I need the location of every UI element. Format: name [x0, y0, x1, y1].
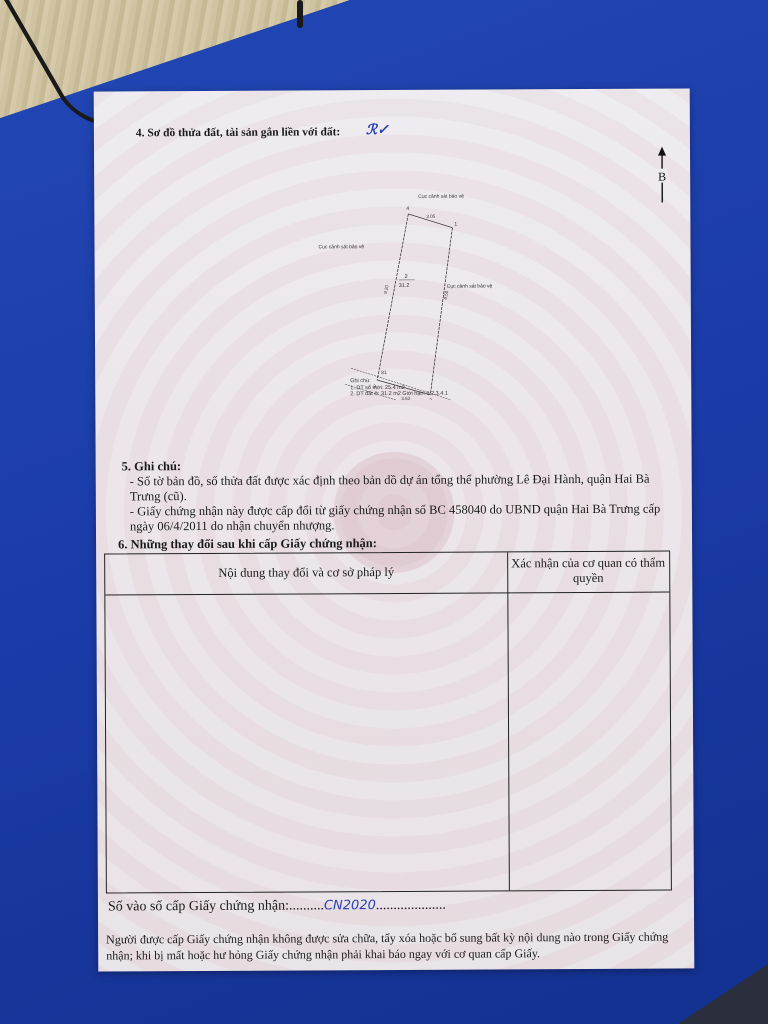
registry-value: CN2020 [324, 898, 376, 913]
parcel-area: 31.2 [399, 283, 410, 289]
point-2: 2 [429, 398, 432, 401]
handwritten-initial: ℛ✓ [366, 122, 389, 139]
land-certificate-page: 4. Sơ đồ thửa đất, tài sản gắn liền với … [94, 88, 695, 971]
map-legend: Ghi chú: 1. DT sổ mới: 25.4 m2 2. DT đất… [350, 378, 448, 398]
warning-text: Người được cấp Giấy chứng nhận không đượ… [106, 928, 686, 963]
point-1: 1 [454, 222, 457, 228]
note-1: - Số tờ bản đồ, số thửa đất được xác địn… [122, 471, 682, 504]
registry-label: Số vào sổ cấp Giấy chứng nhận: [108, 899, 289, 915]
north-arrow-icon: B [656, 147, 668, 203]
edge-top: 3.05 [426, 214, 435, 219]
map-label-right: Cục cảnh sát bảo vệ [447, 283, 493, 289]
section6-title: 6. Những thay đổi sau khi cấp Giấy chứng… [118, 536, 377, 552]
registry-dots-before: .......... [289, 898, 324, 913]
map-label-left: Cục cảnh sát bảo vệ [319, 244, 365, 250]
registry-dots-after: .................... [376, 898, 446, 913]
changes-table: Nội dung thay đổi và cơ sở pháp lý Xác n… [104, 551, 672, 894]
column-header-confirmation: Xác nhận của cơ quan có thẩm quyền [507, 556, 669, 587]
north-label: B [658, 170, 666, 184]
registry-number-line: Số vào sổ cấp Giấy chứng nhận:..........… [108, 898, 446, 916]
map-label-top: Cục cảnh sát bảo vệ [418, 194, 464, 200]
column-header-content: Nội dung thay đổi và cơ sở pháp lý [105, 564, 507, 581]
parcel-number: 2 [405, 274, 408, 280]
note-2: - Giấy chứng nhận này được cấp đổi từ gi… [122, 501, 682, 534]
section5-notes: 5. Ghi chú: - Số tờ bản đồ, số thửa đất … [122, 456, 682, 534]
column-divider [507, 552, 510, 890]
header-divider [105, 592, 669, 596]
point-4: 4 [406, 206, 409, 212]
section4-title: 4. Sơ đồ thửa đất, tài sản gắn liền với … [136, 126, 340, 139]
edge-right: 8.50 [443, 290, 449, 300]
map-small-label: 81 [381, 370, 387, 376]
legend-line-2: 2. DT đất ở: 31.2 m2 Giới hạn: 1.2.3.4.1 [350, 391, 448, 398]
parcel-map: Cục cảnh sát bảo vệ Cục cảnh sát bảo vệ … [314, 189, 515, 400]
edge-left: 9.20 [383, 284, 390, 294]
black-cable-segment [297, 0, 303, 28]
